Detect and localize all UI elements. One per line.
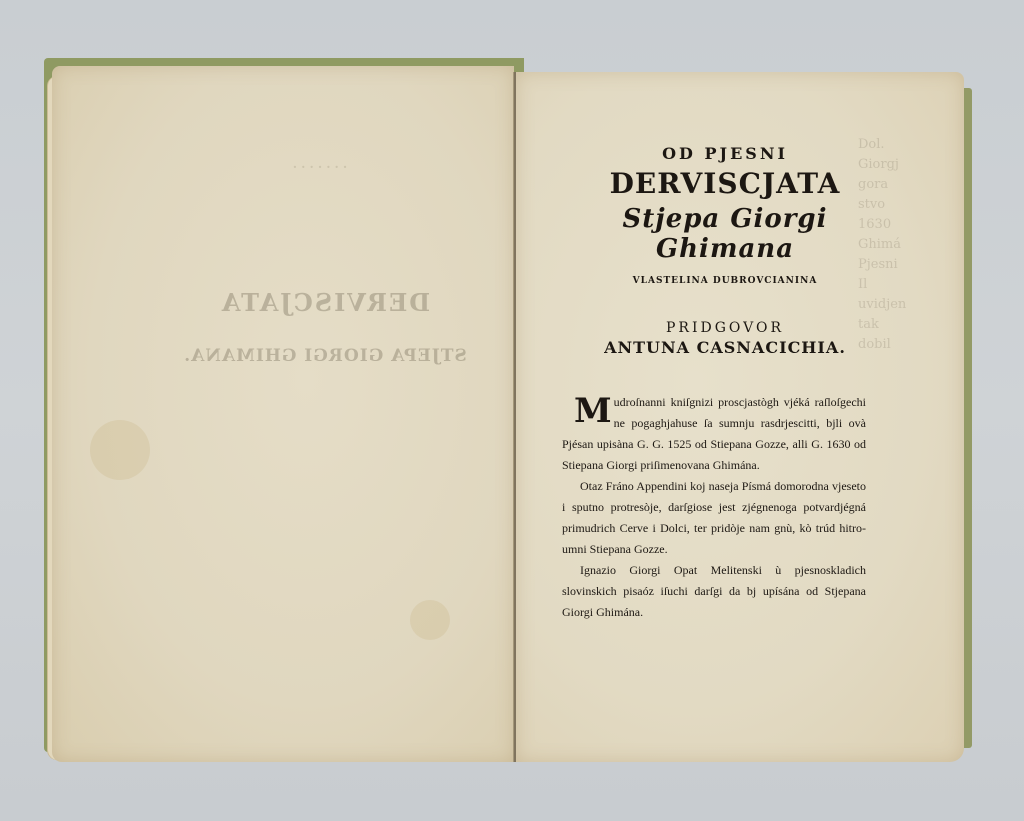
paragraph-3: Ignazio Giorgi Opat Melitenski ù pjesnos…: [562, 560, 866, 623]
book-title: DERVISCJATA: [560, 167, 890, 200]
paragraph-1: M udroſnanni kniſgnizi proscjastògh vjék…: [562, 392, 866, 476]
paragraph-2: Otaz Fráno Appendini koj naseja Písmá do…: [562, 476, 866, 560]
author-name: Stjepa Giorgi Ghimana: [560, 204, 890, 264]
foxing-stain: [410, 600, 450, 640]
show-through-title: DERVISCJATA: [200, 288, 450, 317]
drop-cap: M: [574, 396, 612, 426]
show-through-subtitle: STJEPA GIORGI GHIMANA.: [170, 346, 480, 366]
pridgovor-heading: PRIDGOVOR: [560, 320, 890, 336]
author-descriptor: VLASTELINA DUBROVCIANINA: [560, 276, 890, 286]
foxing-stain: [90, 420, 150, 480]
show-through-top-line: · · · · · · ·: [190, 160, 450, 174]
title-block: OD PJESNI DERVISCJATA Stjepa Giorgi Ghim…: [560, 144, 890, 357]
preface-body: M udroſnanni kniſgnizi proscjastògh vjék…: [562, 392, 866, 623]
pridgovor-author: ANTUNA CASNACICHIA.: [560, 338, 890, 357]
od-pjesni-heading: OD PJESNI: [560, 144, 890, 163]
